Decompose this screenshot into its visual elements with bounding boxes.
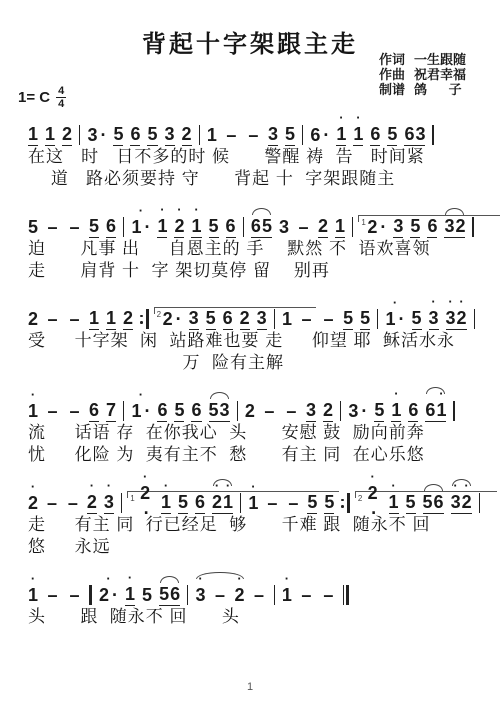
note-digit: 7: [106, 400, 116, 422]
octave-dot: ·: [237, 576, 241, 582]
duration-dash: –: [45, 401, 60, 421]
note-digit: 6: [191, 400, 201, 422]
barline: [79, 125, 80, 145]
octave-dot: ·: [453, 483, 457, 489]
octave-dot: ·: [107, 483, 111, 489]
note-digit: 3: [268, 124, 278, 146]
slurred-note-group: 3·–2·: [195, 585, 244, 605]
octave-dot: ·: [160, 207, 164, 213]
note-digit: 1·: [28, 401, 38, 421]
note-digit: 6: [370, 124, 380, 146]
time-signature-denominator: 4: [58, 98, 64, 109]
note-digit: 3: [444, 216, 454, 236]
note-digit: 3·: [104, 492, 114, 514]
note-digit: 6: [251, 216, 261, 236]
music-system: 2––11222·356231––551··53·3·2· 受 十字架 闲 站路…: [28, 296, 480, 374]
credit-value: 鸽 子: [414, 82, 462, 97]
note-digit: 3·: [429, 308, 439, 330]
slurred-note-group: 2·1·: [212, 492, 233, 514]
note-digit: 6: [427, 216, 437, 238]
note-digit: 3: [393, 216, 403, 238]
note-digit: 5: [343, 308, 353, 330]
note-digit: 6: [408, 400, 418, 422]
note-digit: 5: [387, 124, 397, 146]
augmentation-dot: ·: [371, 503, 377, 523]
lyrics-line: 道 路必须要持 守 背起 十 字架跟随主: [28, 168, 480, 190]
note-digit: 6: [89, 400, 99, 422]
note-digit: 5: [360, 308, 370, 330]
slurred-note-group: 3·2·: [451, 492, 472, 514]
note-digit: 5: [209, 216, 219, 238]
note-digit: 6: [170, 584, 180, 604]
octave-dot: ·: [371, 474, 375, 480]
note-digit: 1·: [125, 584, 135, 606]
note-digit: 1··: [131, 217, 150, 237]
notation-line: 2––11222·356231––551··53·3·2·: [28, 296, 480, 330]
augmentation-dot: ·: [144, 401, 150, 421]
note-digit: 5: [406, 492, 416, 514]
credit-composer: 作曲 祝君幸福: [379, 67, 466, 82]
duration-dash: –: [321, 309, 336, 329]
barline: [243, 217, 244, 237]
credit-value: 祝君幸福: [414, 67, 466, 82]
note-digit: 1·: [336, 124, 346, 146]
note-digit: 3: [257, 308, 267, 330]
duration-dash: –: [66, 493, 80, 513]
lyrics-line: 走 肩背 十 字 架切莫停 留 别再: [28, 260, 480, 282]
note-digit: 2·: [212, 492, 222, 512]
barline: [274, 585, 275, 605]
duration-dash: –: [45, 493, 59, 513]
note-digit: 1·: [391, 400, 401, 422]
octave-dot: ·: [198, 576, 202, 582]
note-digit: 1·: [28, 585, 38, 605]
credit-label: 作曲: [379, 67, 405, 82]
octave-dot: ·: [431, 299, 435, 305]
note-digit: 2·: [87, 492, 97, 514]
octave-dot: ·: [226, 483, 230, 489]
notation-line: 1123·565321––356·1·1·6563: [28, 112, 480, 146]
music-system: 5––561··1·2·1·56653–2112·35632 迫 凡事 出 自恩…: [28, 204, 480, 282]
duration-dash: –: [296, 217, 311, 237]
credits-block: 作词 一生跟随 作曲 祝君幸福 制谱 鸽 子: [379, 52, 466, 97]
augmentation-dot: ·: [144, 503, 150, 523]
note-digit: 5: [206, 308, 216, 330]
duration-dash: –: [224, 125, 239, 145]
note-digit: 5: [89, 216, 99, 238]
note-digit: 2·: [462, 492, 472, 512]
note-digit: 3: [279, 217, 289, 237]
octave-dot: ·: [394, 391, 398, 397]
augmentation-dot: ·: [112, 585, 118, 605]
note-digit: 1·: [248, 493, 258, 513]
notation-line: 1·––671··656532––323·51·661·: [28, 388, 480, 422]
note-digit: 1: [28, 124, 38, 146]
lyrics-line: 头 跟 随永不 回 头: [28, 606, 480, 628]
octave-dot: ·: [31, 392, 35, 398]
octave-dot: ·: [391, 483, 395, 489]
note-digit: 1: [89, 308, 99, 330]
octave-dot: ·: [31, 484, 35, 490]
note-digit: 5: [147, 124, 157, 146]
note-digit: 2·: [28, 493, 38, 513]
augmentation-dot: ·: [399, 309, 405, 329]
music-system: 1·––671··656532––323·51·661· 流 话语 存 在你我心…: [28, 388, 480, 466]
slurred-note-group: 32: [444, 216, 465, 238]
note-digit: 2: [323, 400, 333, 422]
note-digit: 5: [178, 492, 188, 514]
note-digit: 6: [130, 124, 140, 146]
note-digit: 5: [28, 217, 38, 237]
octave-dot: ·: [215, 483, 219, 489]
note-digit: 2··: [99, 585, 118, 605]
beamed-note-group: 63: [404, 124, 425, 146]
note-digit: 2··: [364, 483, 382, 523]
note-digit: 2··: [136, 483, 154, 523]
note-digit: 2: [123, 308, 133, 330]
note-digit: 3·: [195, 585, 205, 605]
duration-dash: –: [213, 585, 228, 605]
final-barline: [343, 585, 349, 605]
note-digit: 5: [142, 585, 152, 605]
note-digit: 3: [165, 124, 175, 146]
octave-dot: ·: [177, 207, 181, 213]
barline: [123, 217, 124, 237]
note-digit: 6: [404, 124, 414, 144]
key-name: 1= C: [18, 89, 50, 106]
note-digit: 1·: [436, 400, 446, 420]
note-digit: 1·: [282, 585, 292, 605]
note-digit: 3·: [348, 401, 367, 421]
note-digit: 2: [455, 216, 465, 236]
credit-label: 制谱: [379, 82, 405, 97]
lyrics-line: 迫 凡事 出 自恩主的 手 默然 不 语欢喜领: [28, 238, 480, 260]
barline: [199, 125, 200, 145]
octave-dot: ·: [285, 576, 289, 582]
beamed-note-group: 3·2·: [446, 308, 467, 330]
note-digit: 1·: [161, 492, 171, 514]
end-repeat-barline: [140, 309, 149, 329]
octave-dot: ·: [106, 576, 110, 582]
lyrics-line: 忧 化险 为 夷有主不 愁 有主 同 在心乐悠: [28, 444, 480, 466]
note-digit: 5: [285, 124, 295, 146]
octave-dot: ·: [128, 575, 132, 581]
note-digit: 5: [209, 400, 219, 420]
duration-dash: –: [252, 585, 267, 605]
volta-number: 2: [157, 305, 161, 325]
octave-dot: ·: [439, 391, 443, 397]
note-digit: 3: [220, 400, 230, 420]
note-digit: 5: [324, 492, 334, 514]
sheet-page: 背起十字架跟主走 作词 一生跟随 作曲 祝君幸福 制谱 鸽 子 1= C 4 4…: [0, 0, 500, 707]
octave-dot: ·: [139, 208, 143, 214]
note-digit: 5: [174, 400, 184, 422]
barline: [187, 585, 188, 605]
octave-dot: ·: [464, 483, 468, 489]
augmentation-dot: ·: [176, 309, 182, 329]
note-digit: 2·: [174, 216, 184, 238]
note-digit: 2·: [163, 309, 182, 329]
credit-value: 一生跟随: [414, 52, 466, 67]
note-digit: 1: [106, 308, 116, 330]
barline: [352, 217, 353, 237]
note-digit: 6: [195, 492, 205, 514]
augmentation-dot: ·: [100, 125, 106, 145]
barline: [123, 401, 124, 421]
volta-number: 1: [130, 489, 134, 509]
lyrics-line: 受 十字架 闲 站路难也要 走 仰望 耶 稣活水永: [28, 330, 480, 352]
note-digit: 2: [62, 124, 72, 146]
music-system: 1123·565321––356·1·1·6563 在这 时 日不多的时 候 警…: [28, 112, 480, 190]
note-digit: 3·: [446, 308, 456, 328]
octave-dot: ·: [448, 299, 452, 305]
note-digit: 3: [415, 124, 425, 144]
note-digit: 6: [223, 308, 233, 330]
note-digit: 6: [157, 400, 167, 422]
end-repeat-barline: [341, 493, 350, 513]
duration-dash: –: [45, 309, 60, 329]
octave-dot: ·: [139, 392, 143, 398]
augmentation-dot: ·: [361, 401, 367, 421]
barline: [237, 401, 238, 421]
volta-number: 2: [358, 489, 362, 509]
slurred-note-group: 56: [423, 492, 444, 514]
note-digit: 2: [182, 124, 192, 146]
barline: [377, 309, 378, 329]
duration-dash: –: [67, 217, 82, 237]
note-digit: 2: [240, 308, 250, 330]
note-digit: 1: [282, 309, 292, 329]
duration-dash: –: [321, 585, 336, 605]
music-systems: 1123·565321––356·1·1·6563 在这 时 日不多的时 候 警…: [28, 112, 480, 642]
note-digit: 1·: [389, 492, 399, 514]
lyrics-line: 万 险有主解: [28, 352, 480, 374]
key-signature: 1= C 4 4: [18, 86, 66, 109]
barline: [453, 401, 454, 421]
barline: [432, 125, 433, 145]
octave-dot: ·: [164, 483, 168, 489]
note-digit: 1·: [223, 492, 233, 512]
note-digit: 2: [28, 309, 38, 329]
notation-line: 1·––2··1·5563·–2·–1·––: [28, 572, 480, 606]
augmentation-dot: ·: [380, 217, 386, 237]
lyrics-line: 走 有主 同 行已经足 够 千难 跟 随永不 回: [28, 514, 480, 536]
note-digit: 1··: [385, 309, 404, 329]
duration-dash: –: [67, 309, 82, 329]
barline: [302, 125, 303, 145]
notation-line: 5––561··1·2·1·56653–2112·35632: [28, 204, 480, 238]
note-digit: 5: [374, 400, 384, 422]
page-number: 1: [0, 681, 500, 693]
note-digit: 6: [434, 492, 444, 512]
music-system: 2·––2·3·12··1·562·1·1·––5522··1·5563·2· …: [28, 480, 480, 558]
notation-line: 2·––2·3·12··1·562·1·1·––5522··1·5563·2·: [28, 480, 480, 514]
lyrics-line: 悠 永远: [28, 536, 480, 558]
note-digit: 3: [306, 400, 316, 422]
slurred-note-group: 56: [159, 584, 180, 606]
duration-dash: –: [45, 585, 60, 605]
duration-dash: –: [299, 585, 314, 605]
augmentation-dot: ·: [323, 125, 329, 145]
note-digit: 1·: [191, 216, 201, 238]
note-digit: 5: [412, 308, 422, 330]
note-digit: 6: [106, 216, 116, 238]
duration-dash: –: [262, 401, 277, 421]
note-digit: 3·: [451, 492, 461, 512]
augmentation-dot: ·: [144, 217, 150, 237]
note-digit: 3: [189, 308, 199, 330]
note-digit: 5: [159, 584, 169, 604]
octave-dot: ·: [356, 115, 360, 121]
slurred-note-group: 65: [251, 216, 272, 238]
note-digit: 1: [45, 124, 55, 146]
note-digit: 5: [113, 124, 123, 146]
octave-dot: ·: [459, 299, 463, 305]
note-digit: 1: [335, 216, 345, 238]
octave-dot: ·: [194, 207, 198, 213]
time-signature: 4 4: [56, 86, 66, 109]
credit-transcriber: 制谱 鸽 子: [379, 82, 466, 97]
note-digit: 3·: [87, 125, 106, 145]
note-digit: 5: [262, 216, 272, 236]
time-signature-numerator: 4: [56, 86, 66, 98]
duration-dash: –: [284, 401, 299, 421]
note-digit: 5: [307, 492, 317, 514]
note-digit: 1: [207, 125, 217, 145]
duration-dash: –: [45, 217, 60, 237]
credit-label: 作词: [379, 52, 405, 67]
note-digit: 2·: [235, 585, 245, 605]
barline: [340, 401, 341, 421]
credit-lyricist: 作词 一生跟随: [379, 52, 466, 67]
duration-dash: –: [67, 401, 82, 421]
octave-dot: ·: [31, 576, 35, 582]
volta-number: 1: [361, 213, 365, 233]
note-digit: 2: [318, 216, 328, 238]
octave-dot: ·: [393, 300, 397, 306]
barline: [121, 493, 122, 513]
section-barline: [89, 585, 92, 605]
note-digit: 1·: [353, 124, 363, 146]
duration-dash: –: [246, 125, 261, 145]
octave-dot: ·: [143, 474, 147, 480]
slurred-note-group: 61·: [425, 400, 446, 422]
octave-dot: ·: [90, 483, 94, 489]
note-digit: 5: [410, 216, 420, 238]
octave-dot: ·: [251, 484, 255, 490]
duration-dash: –: [67, 585, 82, 605]
lyrics-line: 在这 时 日不多的时 候 警醒 祷 告 时间紧: [28, 146, 480, 168]
note-digit: 2·: [457, 308, 467, 328]
lyrics-line: 流 话语 存 在你我心 头 安慰 鼓 励向前奔: [28, 422, 480, 444]
note-digit: 6: [425, 400, 435, 420]
note-digit: 1·: [157, 216, 167, 238]
barline: [474, 309, 475, 329]
music-system: 1·––2··1·5563·–2·–1·–– 头 跟 随永不 回 头: [28, 572, 480, 628]
slurred-note-group: 53: [209, 400, 230, 422]
note-digit: 6·: [310, 125, 329, 145]
note-digit: 6: [226, 216, 236, 238]
note-digit: 2·: [367, 217, 386, 237]
octave-dot: ·: [339, 115, 343, 121]
note-digit: 1··: [131, 401, 150, 421]
note-digit: 2: [245, 401, 255, 421]
note-digit: 5: [423, 492, 433, 512]
